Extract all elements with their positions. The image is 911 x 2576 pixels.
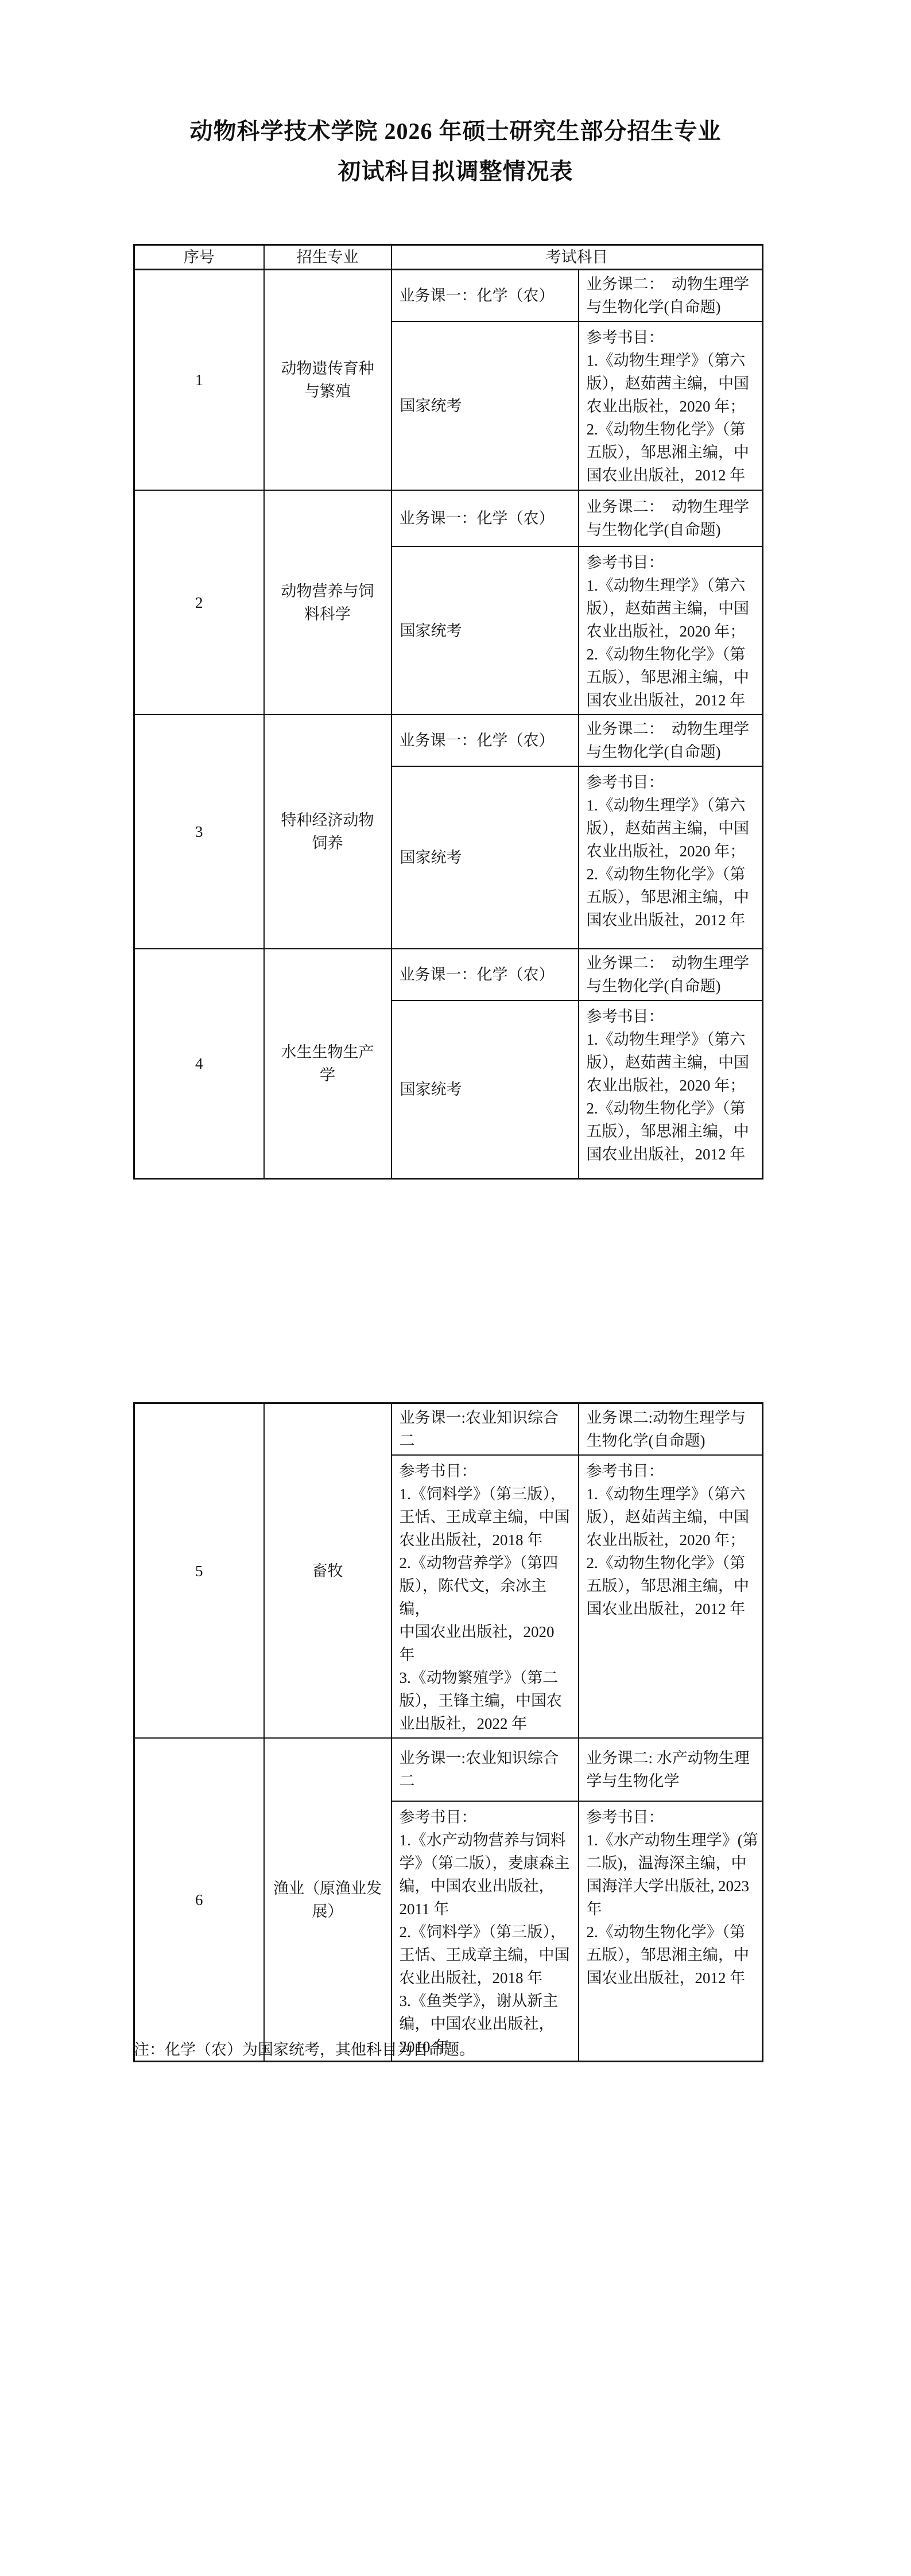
reference-list-cell: 参考书目： 1.《动物生理学》（第六 版），赵茹茜主编，中国 农业出版社，202…: [579, 1455, 763, 1738]
admissions-table-part2: 5 畜牧 业务课一:农业知识综合 二 业务课二:动物生理学与 生物化学(自命题)…: [133, 1402, 763, 2062]
row-number: 5: [134, 1403, 264, 1739]
major-name: 水生生物生产 学: [264, 949, 391, 1178]
course2-cell: 业务课二： 动物生理学 与生物化学(自命题): [579, 490, 763, 546]
reference-list-cell: 参考书目： 1.《动物生理学》（第六 版），赵茹茜主编，中国 农业出版社，202…: [579, 321, 763, 490]
admissions-table-part1: 序号 招生专业 考试科目 1 动物遗传育种 与繁殖 业务课一：化学（农） 业务课…: [133, 244, 763, 1180]
exam-type-cell: 国家统考: [391, 546, 579, 715]
course1-cell: 业务课一:农业知识综合 二: [391, 1403, 579, 1456]
exam-type-cell: 国家统考: [391, 1000, 579, 1178]
course1-cell: 业务课一：化学（农）: [391, 270, 579, 322]
reference-list-cell: 参考书目： 1.《饲料学》（第三版）， 王恬、王成章主编，中国 农业出版社，20…: [391, 1455, 579, 1738]
major-name: 渔业（原渔业发 展）: [264, 1738, 391, 2062]
course1-cell: 业务课一:农业知识综合 二: [391, 1738, 579, 1801]
course2-cell: 业务课二: 水产动物生理 学与生物化学: [579, 1738, 763, 1801]
footnote: 注：化学（农）为国家统考，其他科目为自命题。: [134, 2038, 765, 2061]
row-number: 3: [134, 715, 264, 949]
row-number: 2: [134, 490, 264, 715]
exam-type-cell: 国家统考: [391, 766, 579, 949]
major-name: 特种经济动物 饲养: [264, 715, 391, 949]
reference-list-cell: 参考书目： 1.《动物生理学》（第六 版），赵茹茜主编，中国 农业出版社，202…: [579, 1000, 763, 1178]
row-number: 6: [134, 1738, 264, 2062]
course2-cell: 业务课二： 动物生理学 与生物化学(自命题): [579, 949, 763, 1000]
course1-cell: 业务课一：化学（农）: [391, 715, 579, 766]
course2-cell: 业务课二:动物生理学与 生物化学(自命题): [579, 1403, 763, 1456]
table-row: 2 动物营养与饲 料科学 业务课一：化学（农） 业务课二： 动物生理学 与生物化…: [134, 490, 763, 546]
course2-cell: 业务课二： 动物生理学 与生物化学(自命题): [579, 270, 763, 322]
table-row: 3 特种经济动物 饲养 业务课一：化学（农） 业务课二： 动物生理学 与生物化学…: [134, 715, 763, 766]
document-title-line1: 动物科学技术学院 2026 年硕士研究生部分招生专业: [0, 111, 911, 152]
reference-list-cell: 参考书目： 1.《水产动物生理学》(第 二版)，温海深主编，中 国海洋大学出版社…: [579, 1801, 763, 2062]
major-name: 动物营养与饲 料科学: [264, 490, 391, 715]
document-page: 动物科学技术学院 2026 年硕士研究生部分招生专业 初试科目拟调整情况表 序号…: [0, 0, 911, 2576]
course1-cell: 业务课一：化学（农）: [391, 949, 579, 1000]
header-cell-major: 招生专业: [264, 245, 391, 270]
row-number: 1: [134, 270, 264, 491]
major-name: 畜牧: [264, 1403, 391, 1739]
reference-list-cell: 参考书目： 1.《动物生理学》（第六 版），赵茹茜主编，中国 农业出版社，202…: [579, 546, 763, 715]
table-row: 1 动物遗传育种 与繁殖 业务课一：化学（农） 业务课二： 动物生理学 与生物化…: [134, 270, 763, 322]
table-row: 4 水生生物生产 学 业务课一：化学（农） 业务课二： 动物生理学 与生物化学(…: [134, 949, 763, 1000]
table-row: 6 渔业（原渔业发 展） 业务课一:农业知识综合 二 业务课二: 水产动物生理 …: [134, 1738, 763, 1801]
reference-list-cell: 参考书目： 1.《动物生理学》（第六 版），赵茹茜主编，中国 农业出版社，202…: [579, 766, 763, 949]
exam-type-cell: 国家统考: [391, 321, 579, 490]
document-title: 动物科学技术学院 2026 年硕士研究生部分招生专业 初试科目拟调整情况表: [0, 111, 911, 192]
major-name: 动物遗传育种 与繁殖: [264, 270, 391, 491]
table-row: 5 畜牧 业务课一:农业知识综合 二 业务课二:动物生理学与 生物化学(自命题): [134, 1403, 763, 1456]
header-cell-no: 序号: [134, 245, 264, 270]
course2-cell: 业务课二： 动物生理学 与生物化学(自命题): [579, 715, 763, 766]
course1-cell: 业务课一：化学（农）: [391, 490, 579, 546]
table-header-row: 序号 招生专业 考试科目: [134, 245, 763, 270]
header-cell-subjects: 考试科目: [391, 245, 763, 270]
reference-list-cell: 参考书目： 1.《水产动物营养与饲料 学》（第二版），麦康森主 编，中国农业出版…: [391, 1801, 579, 2062]
document-title-line2: 初试科目拟调整情况表: [0, 152, 911, 192]
row-number: 4: [134, 949, 264, 1178]
